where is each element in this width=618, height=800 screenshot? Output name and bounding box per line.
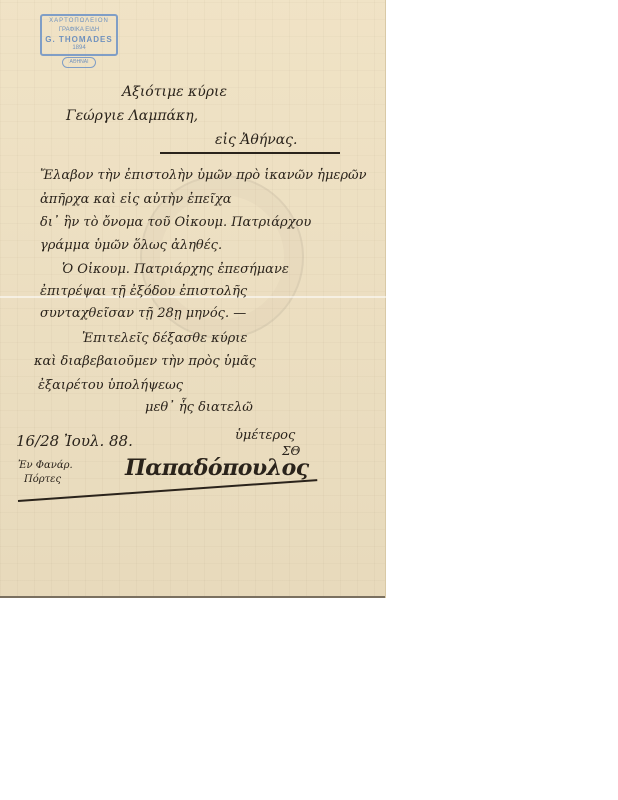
- body-line-1: Ἔλαβον τὴν ἐπιστολὴν ὑμῶν πρὸ ἱκανῶν ἡμε…: [40, 168, 367, 183]
- stamp-top-text: ΧΑΡΤΟΠΩΛΕΙΟΝ: [44, 17, 114, 26]
- body-line-9: καὶ διαβεβαιοῦμεν τὴν πρὸς ὑμᾶς: [34, 354, 256, 369]
- letter-date: 16/28 Ἰουλ. 88.: [16, 432, 133, 450]
- closing-line-1: μεθ᾽ ἧς διατελῶ: [145, 400, 253, 415]
- signature-flourish: [18, 479, 317, 502]
- stamp-name: G. THOMADES: [44, 35, 114, 44]
- body-line-10: ἐξαιρέτου ὑπολήψεως: [38, 378, 183, 393]
- body-line-4: γράμμα ὑμῶν ὅλως ἀληθές.: [40, 238, 222, 253]
- address-underline: [160, 152, 340, 154]
- closing-line-2: ὑμέτερος: [235, 428, 295, 443]
- address-line-3: εἰς Ἀθήνας.: [215, 132, 297, 148]
- signature: Παπαδόπουλος: [125, 455, 309, 481]
- body-line-2: ἀπῆρχα καὶ εἰς αὐτὴν ἐπεῖχα: [40, 192, 232, 207]
- body-line-5: Ὁ Οἰκουμ. Πατριάρχης ἐπεσήμανε: [62, 262, 289, 277]
- body-line-7: συνταχθεῖσαν τῇ 28ῃ μηνός. —: [40, 306, 246, 321]
- stamp-line2: ΓΡΑΦΙΚΑ ΕΙΔΗ: [44, 26, 114, 35]
- place-line-1: Ἐν Φανάρ.: [18, 460, 73, 471]
- letter-page: ΧΑΡΤΟΠΩΛΕΙΟΝ ΓΡΑΦΙΚΑ ΕΙΔΗ G. THOMADES 18…: [0, 0, 386, 598]
- address-line-2: Γεώργιε Λαμπάκη,: [66, 108, 198, 124]
- body-line-6: ἐπιτρέψαι τῇ ἐξόδου ἐπιστολῆς: [40, 284, 247, 299]
- stamp-bottom-text: ΑΘΗΝΑΙ: [62, 57, 95, 68]
- address-line-1: Αξιότιμε κύριε: [122, 84, 227, 100]
- place-line-2: Πόρτες: [24, 474, 61, 485]
- stamp-frame: ΧΑΡΤΟΠΩΛΕΙΟΝ ΓΡΑΦΙΚΑ ΕΙΔΗ G. THOMADES 18…: [40, 14, 118, 56]
- stamp-year: 1894: [44, 44, 114, 53]
- body-line-3: δι᾽ ἣν τὸ ὄνομα τοῦ Οἰκουμ. Πατριάρχου: [40, 215, 311, 230]
- body-line-8: Ἐπιτελεῖς δέξασθε κύριε: [82, 331, 247, 346]
- stationer-stamp: ΧΑΡΤΟΠΩΛΕΙΟΝ ΓΡΑΦΙΚΑ ΕΙΔΗ G. THOMADES 18…: [36, 14, 122, 70]
